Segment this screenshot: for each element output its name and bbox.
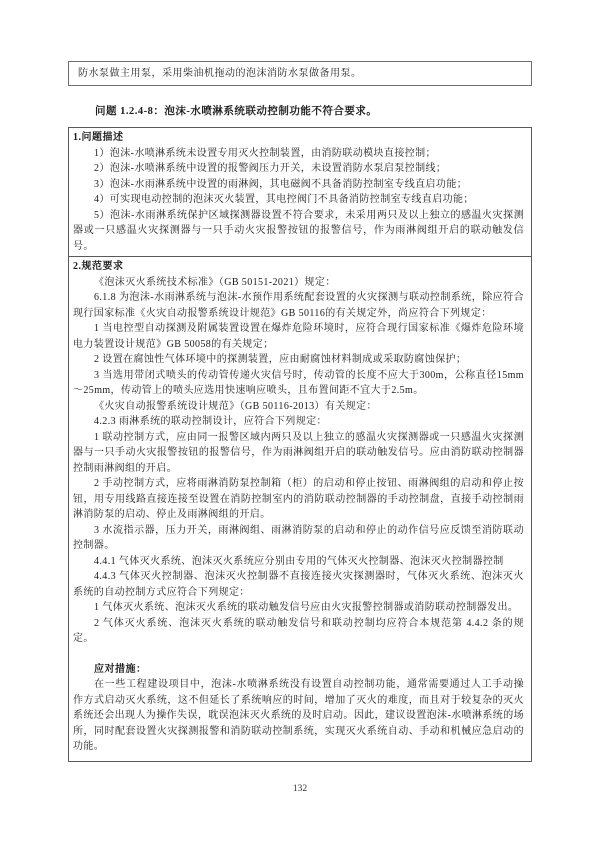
code-paragraph: 4.4.1 气体灭火系统、泡沫灭火系统应分别由专用的气体灭火控制器、泡沫灭火控制…: [73, 554, 524, 570]
code-paragraph: 6.1.8 为泡沫-水雨淋系统与泡沫-水预作用系统配套设置的火灾探测与联动控制系…: [73, 290, 524, 321]
code-section-heading: 2.规范要求: [73, 259, 524, 275]
page-number: 132: [0, 784, 600, 794]
code-paragraph: 3 水流指示器，压力开关，雨淋阀组、雨淋消防泵的启动和停止的动作信号应反馈至消防…: [73, 523, 524, 554]
problem-item: 1）泡沫-水喷淋系统未设置专用灭火控制装置，由消防联动模块直接控制；: [73, 146, 524, 162]
page-title: 问题 1.2.4-8：泡沫-水喷淋系统联动控制功能不符合要求。: [68, 104, 532, 120]
carryover-note-box: 防水泵做主用泵，采用柴油机拖动的泡沫消防水泵做备用泵。: [68, 61, 532, 86]
measures-heading: 应对措施：: [73, 662, 524, 678]
issue-table: 1.问题描述 1）泡沫-水喷淋系统未设置专用灭火控制装置，由消防联动模块直接控制…: [68, 127, 532, 762]
problem-item: 5）泡沫-水雨淋系统保护区域探测器设置不符合要求，未采用两只及以上独立的感温火灾…: [73, 208, 524, 255]
code-paragraph: 《泡沫灭火系统技术标准》（GB 50151-2021）规定：: [73, 275, 524, 291]
code-paragraph: 1 联动控制方式，应由同一报警区域内两只及以上独立的感温火灾探测器或一只感温火灾…: [73, 430, 524, 477]
code-paragraph-list: 《泡沫灭火系统技术标准》（GB 50151-2021）规定： 6.1.8 为泡沫…: [73, 275, 524, 647]
code-requirements-section: 2.规范要求 《泡沫灭火系统技术标准》（GB 50151-2021）规定： 6.…: [69, 257, 531, 761]
code-paragraph: 4.2.3 雨淋系统的联动控制设计，应符合下列规定：: [73, 414, 524, 430]
code-paragraph: 2 手动控制方式，应将雨淋消防泵控制箱（柜）的启动和停止按钮、雨淋阀组的启动和停…: [73, 476, 524, 523]
code-paragraph: 《火灾自动报警系统设计规范》（GB 50116-2013）有关规定：: [73, 399, 524, 415]
problem-item: 4）可实现电动控制的泡沫灭火装置，其电控阀门不具备消防控制室专线直启功能；: [73, 192, 524, 208]
code-paragraph: 3 当选用带闭式喷头的传动管传递火灾信号时，传动管的长度不应大于300m，公称直…: [73, 368, 524, 399]
problem-section-heading: 1.问题描述: [73, 130, 524, 146]
problem-item-list: 1）泡沫-水喷淋系统未设置专用灭火控制装置，由消防联动模块直接控制； 2）泡沫-…: [73, 146, 524, 255]
code-paragraph: 2 气体灭火系统、泡沫灭火系统的联动触发信号和联动控制均应符合本规范第 4.4.…: [73, 616, 524, 647]
problem-item: 3）泡沫-水雨淋系统中设置的雨淋阀，其电磁阀不具备消防控制室专线直启功能；: [73, 177, 524, 193]
code-paragraph: 2 设置在腐蚀性气体环境中的探测装置，应由耐腐蚀材料制成或采取防腐蚀保护；: [73, 352, 524, 368]
code-paragraph: 4.4.3 气体灭火控制器、泡沫灭火控制器不直接连接火灾探测器时，气体灭火系统、…: [73, 569, 524, 600]
code-paragraph: 1 当电控型自动探测及附属装置设置在爆炸危险环境时，应符合现行国家标准《爆炸危险…: [73, 321, 524, 352]
code-paragraph: 1 气体灭火系统、泡沫灭火系统的联动触发信号应由火灾报警控制器或消防联动控制器发…: [73, 600, 524, 616]
measures-paragraph: 在一些工程建设项目中，泡沫-水喷淋系统没有设置自动控制功能，通常需要通过人工手动…: [73, 677, 524, 755]
carryover-note-text: 防水泵做主用泵，采用柴油机拖动的泡沫消防水泵做备用泵。: [78, 66, 522, 81]
problem-item: 2）泡沫-水喷淋系统中设置的报警阀压力开关，未设置消防水泵启泵控制线；: [73, 161, 524, 177]
problem-description-section: 1.问题描述 1）泡沫-水喷淋系统未设置专用灭火控制装置，由消防联动模块直接控制…: [69, 128, 531, 257]
